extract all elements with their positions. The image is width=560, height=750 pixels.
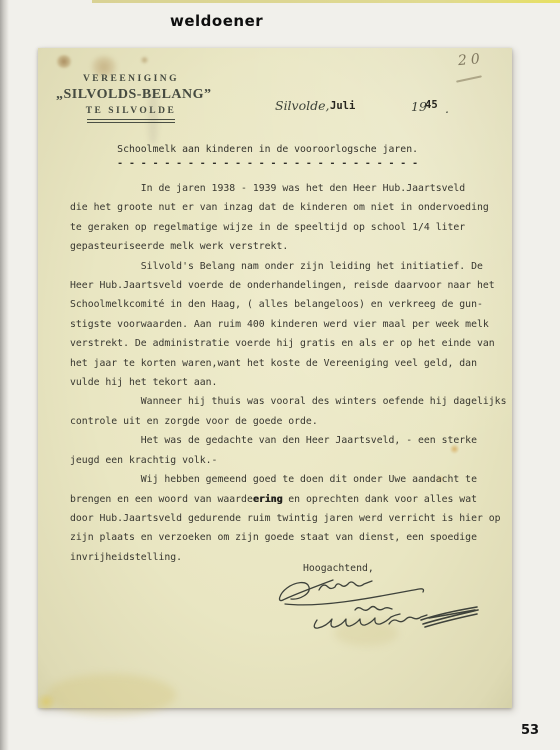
dateline-period: . bbox=[445, 101, 449, 116]
paper-stain bbox=[36, 694, 56, 710]
letter-body: In de jaren 1938 - 1939 was het den Heer… bbox=[70, 179, 520, 567]
letter-line: Heer Hub.Jaartsveld voerde de onderhande… bbox=[70, 276, 520, 295]
page-number: 53 bbox=[521, 723, 539, 738]
letter-line: Wanneer hij thuis was vooral des winters… bbox=[70, 392, 520, 411]
letter-line: vulde hij het tekort aan. bbox=[70, 373, 520, 392]
letterhead-double-rule bbox=[87, 119, 175, 123]
pencil-underline bbox=[456, 75, 482, 82]
paper-stain bbox=[56, 55, 72, 68]
signature-2-flourish bbox=[421, 607, 478, 627]
letter-line: Schoolmelkcomité in den Haag, ( alles be… bbox=[70, 295, 520, 314]
letter-document: VEREENIGING „SILVOLDS-BELANG” TE SILVOLD… bbox=[38, 48, 512, 708]
letter-line: die het groote nut er van inzag dat de k… bbox=[70, 198, 520, 217]
letter-line: brengen en een woord van waardeering en … bbox=[70, 490, 520, 509]
scanned-album-page: weldoener VEREENIGING „SILVOLDS-BELANG” … bbox=[0, 0, 560, 750]
letter-line: controle uit en zorgde voor de goede ord… bbox=[70, 412, 520, 431]
paper-stain bbox=[46, 674, 176, 716]
handwritten-signatures bbox=[271, 574, 486, 634]
letterhead-association: VEREENIGING bbox=[56, 74, 206, 84]
letter-line: zijn plaats en verzoeken om zijn goede s… bbox=[70, 528, 520, 547]
letter-line: Silvold's Belang nam onder zijn leiding … bbox=[70, 257, 520, 276]
letter-line: Het was de gedachte van den Heer Jaartsv… bbox=[70, 431, 520, 450]
letter-line: gepasteuriseerde melk werk verstrekt. bbox=[70, 237, 520, 256]
letter-line: verstrekt. De administratie voerde hij g… bbox=[70, 334, 520, 353]
letterhead-place: TE SILVOLDE bbox=[56, 106, 206, 116]
adjacent-page-edge bbox=[92, 0, 560, 3]
dateline-year-typed: 45 bbox=[425, 99, 438, 111]
letterhead-org-name: „SILVOLDS-BELANG” bbox=[56, 87, 206, 103]
letter-heading-underline: - - - - - - - - - - - - - - - - - - - - … bbox=[70, 158, 418, 169]
letter-heading: Schoolmelk aan kinderen in de vooroorlog… bbox=[70, 144, 418, 155]
pencil-annotation: 20 bbox=[457, 51, 484, 69]
letter-line: In de jaren 1938 - 1939 was het den Heer… bbox=[70, 179, 520, 198]
signature-2-letters bbox=[314, 614, 400, 628]
letterhead: VEREENIGING „SILVOLDS-BELANG” TE SILVOLD… bbox=[56, 74, 206, 123]
letter-line: jeugd een krachtig volk.- bbox=[70, 451, 520, 470]
dateline-place: Silvolde, bbox=[275, 98, 330, 113]
letter-line: invrijheidstelling. bbox=[70, 548, 520, 567]
paper-stain bbox=[140, 56, 149, 64]
signature-1-flourish bbox=[280, 580, 333, 601]
signature-1-underline bbox=[285, 589, 424, 605]
signature-1-subscript bbox=[355, 607, 392, 611]
page-header-title: weldoener bbox=[170, 12, 263, 30]
letter-line: door Hub.Jaartsveld gedurende ruim twint… bbox=[70, 509, 520, 528]
letter-line: te geraken op regelmatige wijze in de sp… bbox=[70, 218, 520, 237]
letter-closing: Hoogachtend, bbox=[303, 563, 374, 574]
letter-line: Wij hebben gemeend goed te doen dit onde… bbox=[70, 470, 520, 489]
letter-line: stigste voorwaarden. Aan ruim 400 kinder… bbox=[70, 315, 520, 334]
dateline-month: Juli bbox=[330, 100, 355, 112]
letter-line: het jaar te korten waren,want het koste … bbox=[70, 354, 520, 373]
book-edge-shadow bbox=[0, 0, 9, 750]
